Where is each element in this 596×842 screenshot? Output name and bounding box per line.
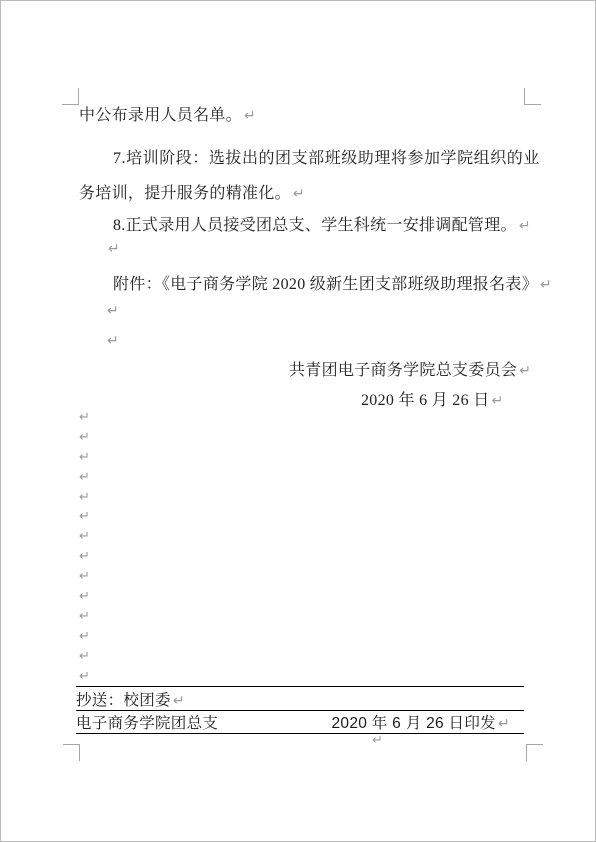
empty-paragraph-mark: ↵	[372, 734, 383, 747]
body-text: 7.培训阶段：选拔出的团支部班级助理将参加学院组织的业	[113, 150, 540, 167]
body-text: 务培训，提升服务的精准化。	[79, 185, 291, 202]
paragraph-mark: ↵	[517, 218, 531, 234]
paragraph-mark: ↵	[171, 693, 185, 709]
empty-paragraph-column: ↵ ↵ ↵ ↵ ↵ ↵ ↵ ↵ ↵ ↵ ↵ ↵ ↵ ↵	[79, 410, 90, 688]
empty-paragraph-mark: ↵	[79, 430, 90, 450]
body-text: 附件：《电子商务学院 2020 级新生团支部班级助理报名表》	[113, 276, 538, 293]
empty-paragraph-mark: ↵	[79, 490, 90, 510]
empty-paragraph-mark: ↵	[108, 242, 120, 256]
margin-crop-mark-bottom-left	[63, 744, 80, 761]
body-line-item8: 8.正式录用人员接受团总支、学生科统一安排调配管理。↵	[113, 217, 531, 235]
footer-cc-row: 抄送：校团委↵	[76, 687, 524, 711]
paragraph-mark: ↵	[242, 108, 256, 124]
empty-paragraph-mark: ↵	[79, 549, 90, 569]
body-line-attachment: 附件：《电子商务学院 2020 级新生团支部班级助理报名表》↵	[113, 276, 552, 294]
empty-paragraph-mark: ↵	[107, 304, 119, 318]
footer-issue-date: 2020 年 6 月 26 日印发↵	[331, 711, 524, 733]
paragraph-mark: ↵	[291, 186, 305, 202]
empty-paragraph-mark: ↵	[79, 569, 90, 589]
paragraph-mark: ↵	[490, 393, 504, 409]
margin-crop-mark-top-right	[524, 88, 541, 105]
paragraph-mark: ↵	[538, 277, 552, 293]
paragraph-mark: ↵	[517, 363, 531, 379]
margin-crop-mark-top-left	[62, 88, 79, 105]
body-line-continuation: 中公布录用人员名单。↵	[79, 107, 256, 125]
paragraph-mark: ↵	[496, 716, 510, 732]
footer-cc-block: 抄送：校团委↵ 电子商务学院团总支 2020 年 6 月 26 日印发↵	[76, 686, 524, 734]
signature-org-line: 共青团电子商务学院总支委员会↵	[289, 362, 531, 380]
margin-crop-mark-bottom-right	[526, 744, 543, 761]
empty-paragraph-mark: ↵	[79, 589, 90, 609]
empty-paragraph-mark: ↵	[79, 410, 90, 430]
footer-issuer-text: 电子商务学院团总支	[76, 711, 218, 733]
body-text: 中公布录用人员名单。	[79, 107, 242, 124]
empty-paragraph-mark: ↵	[107, 334, 119, 348]
empty-paragraph-mark: ↵	[79, 450, 90, 470]
document-page: 中公布录用人员名单。↵ 7.培训阶段：选拔出的团支部班级助理将参加学院组织的业 …	[0, 0, 596, 842]
footer-cc-text: 抄送：校团委↵	[76, 688, 185, 710]
footer-issuer-row: 电子商务学院团总支 2020 年 6 月 26 日印发↵	[76, 711, 524, 733]
empty-paragraph-mark: ↵	[79, 649, 90, 669]
signature-date-text: 2020 年 6 月 26 日	[361, 392, 490, 409]
signature-org-text: 共青团电子商务学院总支委员会	[289, 362, 517, 379]
body-line-item7-2: 务培训，提升服务的精准化。↵	[79, 185, 305, 203]
issue-date-text: 2020 年 6 月 26 日印发	[331, 715, 495, 732]
body-text: 8.正式录用人员接受团总支、学生科统一安排调配管理。	[113, 217, 517, 234]
body-line-item7-1: 7.培训阶段：选拔出的团支部班级助理将参加学院组织的业	[113, 150, 540, 168]
empty-paragraph-mark: ↵	[79, 509, 90, 529]
empty-paragraph-mark: ↵	[79, 529, 90, 549]
empty-paragraph-mark: ↵	[79, 629, 90, 649]
signature-date-line: 2020 年 6 月 26 日↵	[361, 392, 504, 410]
empty-paragraph-mark: ↵	[79, 609, 90, 629]
cc-label: 抄送：校团委	[76, 692, 171, 709]
empty-paragraph-mark: ↵	[79, 470, 90, 490]
